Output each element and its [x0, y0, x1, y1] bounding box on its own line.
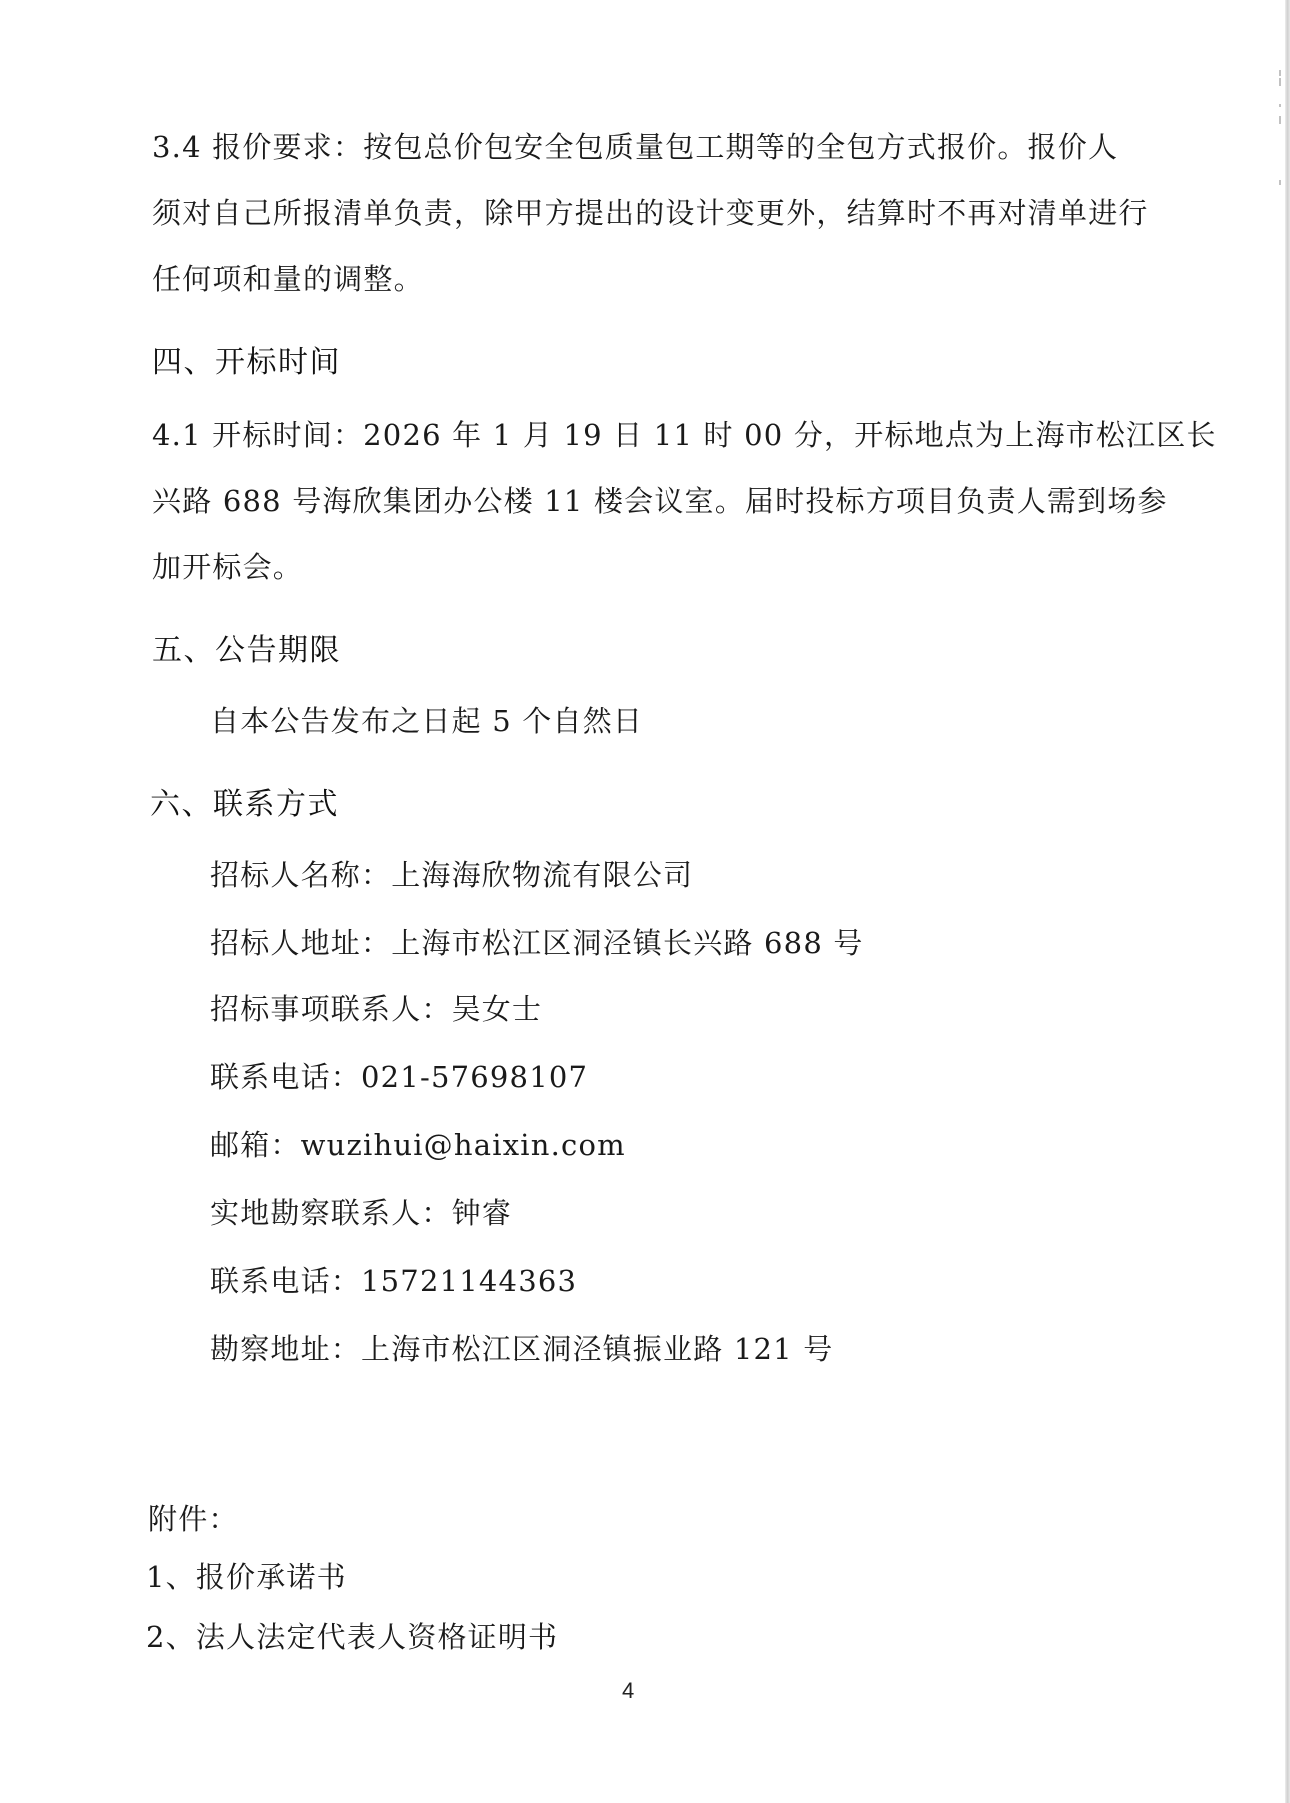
- scan-artifact: [1279, 60, 1282, 260]
- contact-item-phone: 联系电话：021-57698107: [210, 1060, 588, 1094]
- contact-item-site-survey-contact: 实地勘察联系人：钟睿: [210, 1196, 512, 1230]
- contact-item-email: 邮箱：wuzihui@haixin.com: [210, 1128, 626, 1162]
- contact-item-contact-person: 招标事项联系人：吴女士: [210, 992, 542, 1026]
- attachment-item: 1、报价承诺书: [146, 1560, 347, 1594]
- paragraph-line: 须对自己所报清单负责，除甲方提出的设计变更外，结算时不再对清单进行: [152, 196, 1149, 230]
- section-heading-opening-time: 四、开标时间: [152, 346, 341, 380]
- attachment-item: 2、法人法定代表人资格证明书: [146, 1620, 558, 1654]
- notice-period-text: 自本公告发布之日起 5 个自然日: [210, 704, 643, 738]
- contact-item-tenderer-address: 招标人地址：上海市松江区洞泾镇长兴路 688 号: [210, 926, 864, 960]
- attachments-heading: 附件：: [148, 1502, 239, 1536]
- section-heading-notice-period: 五、公告期限: [152, 634, 341, 668]
- paragraph-line: 4.1 开标时间：2026 年 1 月 19 日 11 时 00 分，开标地点为…: [152, 418, 1217, 452]
- scan-border: [1285, 0, 1290, 1803]
- document-page: 3.4 报价要求：按包总价包安全包质量包工期等的全包方式报价。报价人 须对自己所…: [0, 0, 1290, 1803]
- contact-item-site-survey-phone: 联系电话：15721144363: [210, 1264, 577, 1298]
- page-number: 4: [622, 1678, 634, 1704]
- contact-item-tenderer-name: 招标人名称：上海海欣物流有限公司: [210, 858, 693, 892]
- paragraph-line: 任何项和量的调整。: [152, 262, 424, 296]
- contact-item-site-survey-address: 勘察地址：上海市松江区洞泾镇振业路 121 号: [210, 1332, 833, 1366]
- paragraph-line: 加开标会。: [152, 550, 303, 584]
- paragraph-line: 兴路 688 号海欣集团办公楼 11 楼会议室。届时投标方项目负责人需到场参: [152, 484, 1168, 518]
- section-heading-contact: 六、联系方式: [150, 788, 339, 822]
- paragraph-line: 3.4 报价要求：按包总价包安全包质量包工期等的全包方式报价。报价人: [152, 130, 1118, 164]
